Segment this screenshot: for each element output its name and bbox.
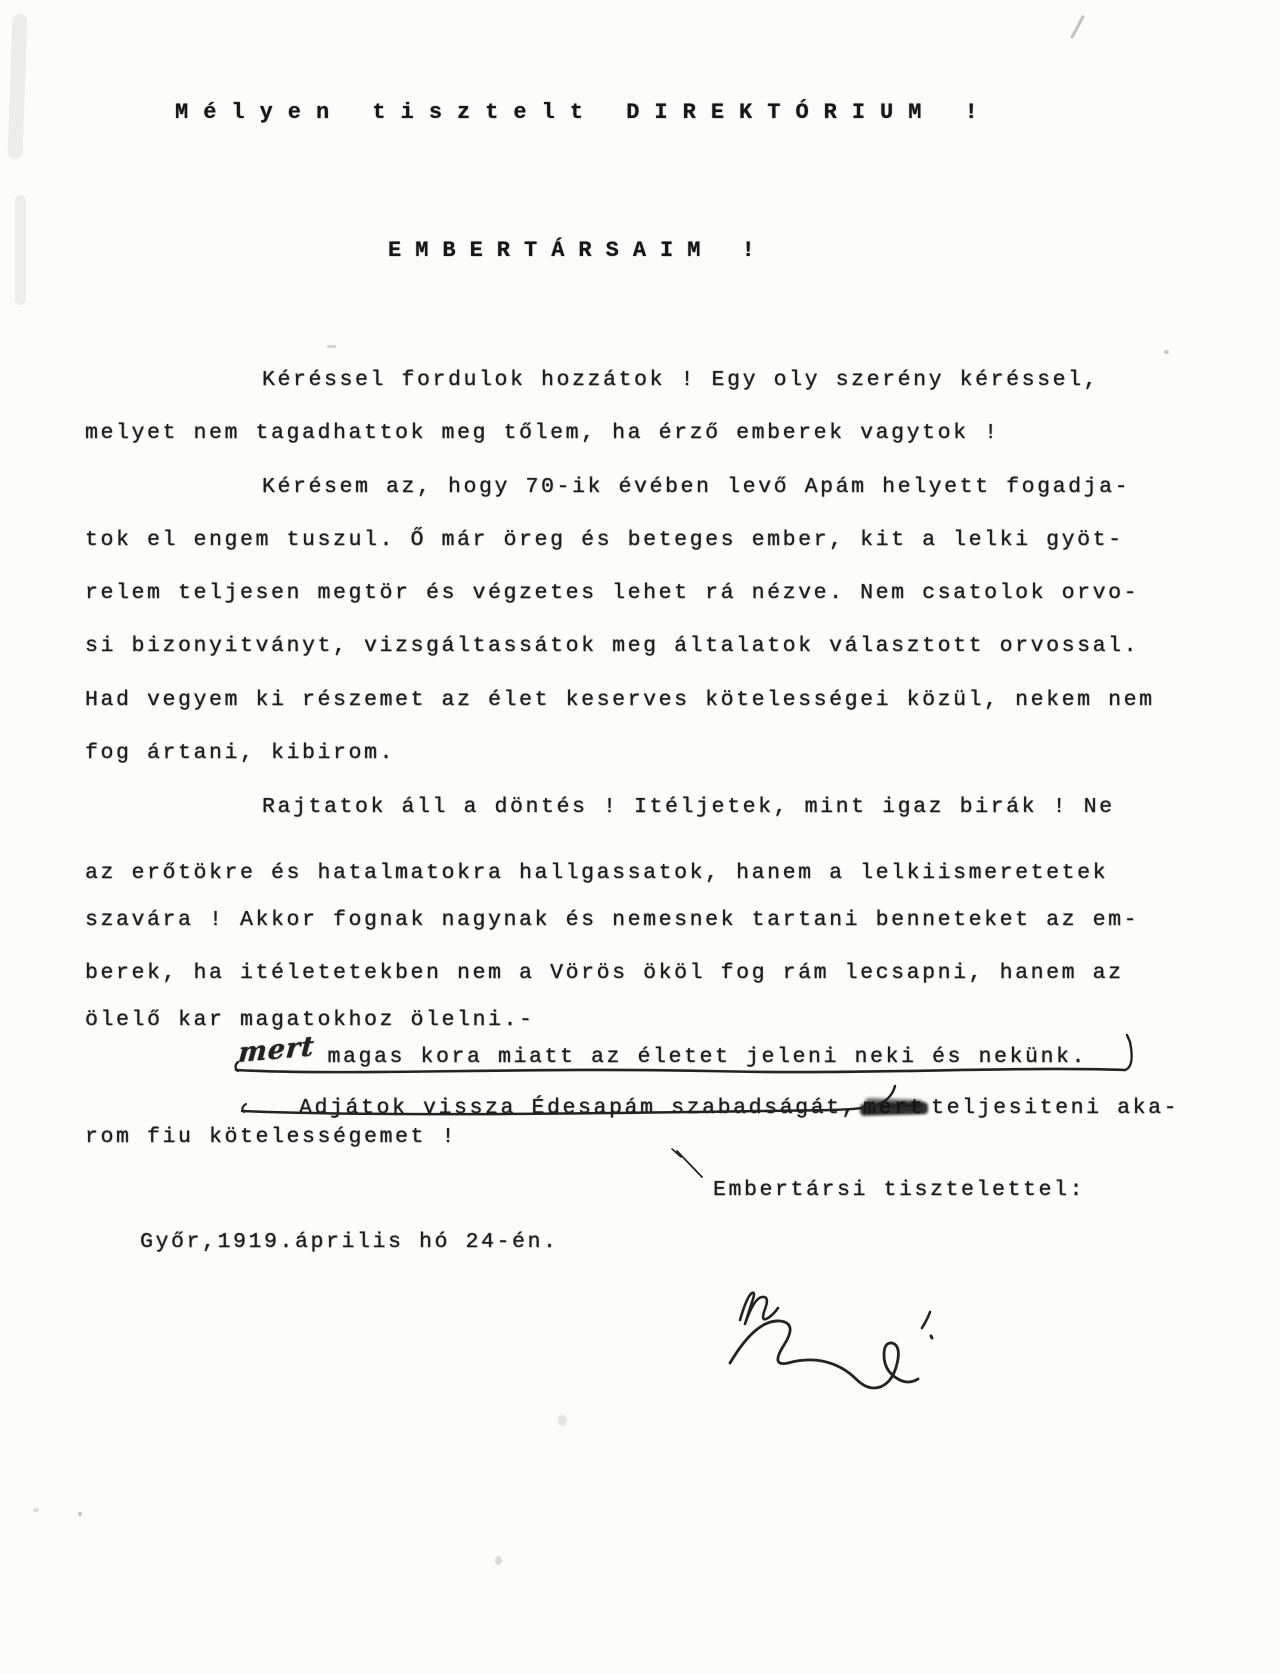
scan-smudge	[78, 1512, 82, 1516]
body-line: rom fiu kötelességemet !	[85, 1125, 457, 1149]
address-heading: EMBERTÁRSAIM !	[388, 238, 769, 263]
signature-scribble	[700, 1258, 980, 1398]
body-line: Rajtatok áll a döntés ! Itéljetek, mint …	[262, 795, 1115, 819]
body-line: Kéréssel fordulok hozzátok ! Egy oly sze…	[262, 368, 1099, 392]
body-line: szavára ! Akkor fognak nagynak és nemesn…	[85, 908, 1139, 932]
scan-smudge	[495, 1556, 502, 1565]
body-line: Had vegyem ki részemet az élet keserves …	[85, 688, 1155, 712]
scan-smudge	[1164, 350, 1169, 354]
scan-smudge	[7, 14, 27, 159]
scan-smudge	[558, 1415, 567, 1426]
body-line: relem teljesen megtör és végzetes lehet …	[85, 581, 1139, 605]
body-line: melyet nem tagadhattok meg tőlem, ha érz…	[85, 421, 1000, 445]
body-line: ölelő kar magatokhoz ölelni.-	[85, 1008, 535, 1032]
date-line: Győr,1919.április hó 24-én.	[140, 1230, 559, 1254]
scan-smudge	[32, 1507, 39, 1513]
body-line: az erőtökre és hatalmatokra hallgassatok…	[85, 861, 1108, 885]
scan-smudge	[15, 195, 26, 305]
closing-formula: Embertársi tisztelettel:	[713, 1178, 1085, 1202]
body-line: berek, ha itéletetekben nem a Vörös ököl…	[85, 961, 1124, 985]
tick-mark	[668, 1146, 712, 1182]
body-line: Kérésem az, hogy 70-ik évében levő Apám …	[262, 475, 1130, 499]
body-line: si bizonyitványt, vizsgáltassátok meg ál…	[85, 634, 1139, 658]
scanned-letter-page: Mélyen tisztelt DIREKTÓRIUM ! EMBERTÁRSA…	[0, 0, 1280, 1674]
body-line: fog ártani, kibirom.	[85, 741, 395, 765]
body-line: tok el engem tuszul. Ő már öreg és beteg…	[85, 528, 1124, 552]
correction-text-after: teljesiteni aka-	[931, 1096, 1179, 1120]
scan-smudge	[327, 345, 336, 348]
scan-smudge	[1070, 15, 1085, 39]
salutation-heading: Mélyen tisztelt DIREKTÓRIUM !	[175, 100, 993, 125]
